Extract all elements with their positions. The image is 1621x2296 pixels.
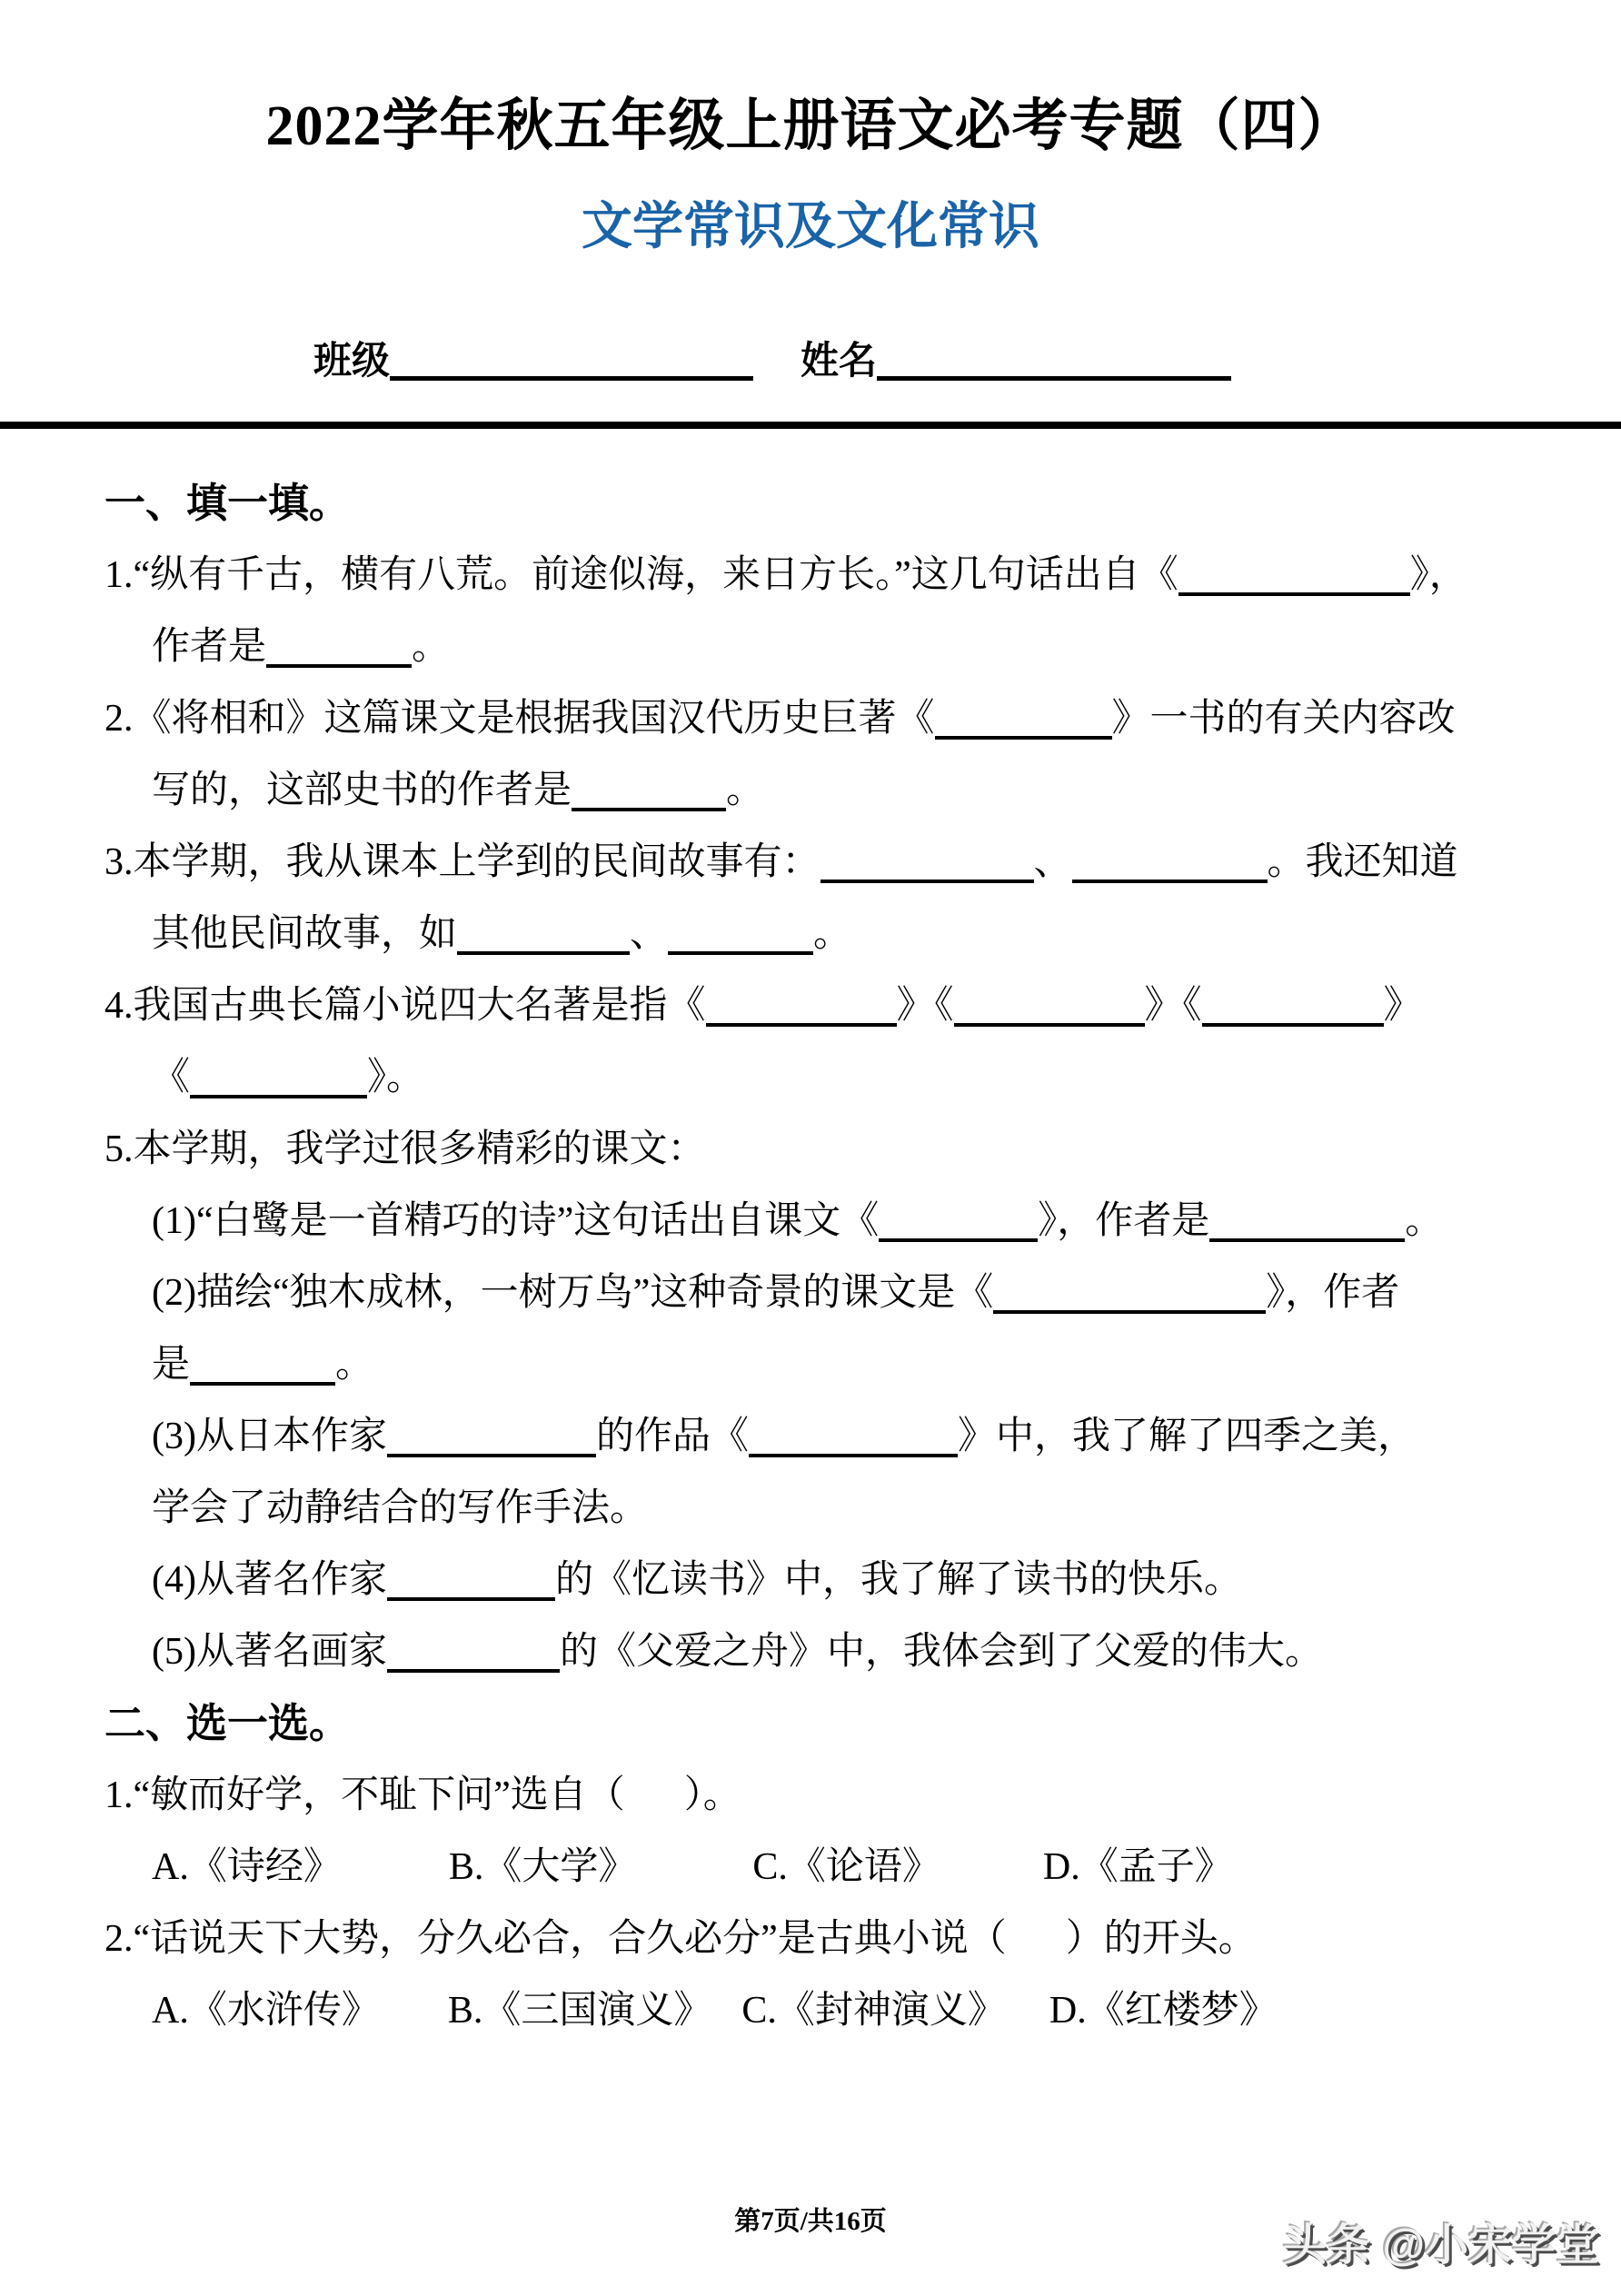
- question-line: 《》。: [0, 1042, 1621, 1114]
- text-run: 是: [152, 1344, 190, 1386]
- text-run: 。我还知道: [1268, 841, 1458, 883]
- divider-rule: [0, 422, 1621, 429]
- text-run: 的《忆读书》中，我了解了读书的快乐。: [555, 1559, 1242, 1601]
- answer-blank: [266, 622, 412, 668]
- question-line: (4)从著名作家的《忆读书》中，我了解了读书的快乐。: [0, 1545, 1621, 1616]
- answer-blank: [879, 1197, 1038, 1242]
- text-run: ）的开头。: [1066, 1918, 1257, 1960]
- worksheet-page: 2022学年秋五年级上册语文必考专题（四） 文学常识及文化常识 班级姓名 一、填…: [0, 0, 1621, 2296]
- question-line: (2)描绘“独木成林，一树万鸟”这种奇景的课文是《》，作者: [0, 1257, 1621, 1329]
- text-run: 一、填一填。: [104, 481, 350, 526]
- text-run: 》《: [1145, 985, 1202, 1027]
- name-label: 姓名: [801, 339, 877, 382]
- question-line: 5.本学期，我学过很多精彩的课文：: [0, 1114, 1621, 1186]
- text-run: 其他民间故事，如: [152, 913, 457, 955]
- answer-blank: [820, 838, 1034, 883]
- answer-blank: [1178, 551, 1410, 596]
- text-run: 写的，这部史书的作者是: [152, 770, 572, 811]
- class-label: 班级: [313, 339, 390, 382]
- text-run: 》，作者: [1266, 1272, 1399, 1314]
- watermark: 头条 @小宋学堂: [1283, 2210, 1599, 2272]
- question-line: (1)“白鹭是一首精巧的诗”这句话出自课文《》，作者是。: [0, 1186, 1621, 1257]
- page-subtitle: 文学常识及文化常识: [0, 198, 1621, 256]
- text-run: 。: [726, 770, 764, 811]
- text-run: 2.“话说天下大势，分久必合，合久必分”是古典小说（: [104, 1918, 1007, 1960]
- page-title: 2022学年秋五年级上册语文必考专题（四）: [0, 94, 1621, 159]
- text-run: (5)从著名画家: [152, 1631, 387, 1673]
- class-blank: [390, 340, 753, 381]
- answer-blank: [457, 909, 630, 955]
- answer-blank: [1209, 1197, 1405, 1242]
- text-run: C.《论语》: [752, 1846, 940, 1888]
- text-run: 1.“敏而好学，不耻下问”选自（: [104, 1774, 625, 1816]
- question-line: (5)从著名画家的《父爱之舟》中，我体会到了父爱的伟大。: [0, 1616, 1621, 1688]
- question-line: 是。: [0, 1329, 1621, 1401]
- answer-blank: [1202, 981, 1384, 1027]
- question-line: 3.本学期，我从课本上学到的民间故事有：、。我还知道: [0, 827, 1621, 899]
- text-run: B.《大学》: [449, 1846, 637, 1888]
- section-heading: 一、填一填。: [0, 468, 1621, 540]
- spacer: [711, 2021, 741, 2023]
- text-run: 的作品《: [596, 1416, 749, 1457]
- text-run: 》: [1384, 985, 1422, 1027]
- text-run: 、: [1034, 841, 1072, 883]
- text-run: 。: [1405, 1200, 1443, 1242]
- question-line: 1.“敏而好学，不耻下问”选自（）。: [0, 1760, 1621, 1832]
- answer-blank: [954, 981, 1145, 1027]
- text-run: A.《水浒传》: [152, 1990, 380, 2032]
- text-run: (3)从日本作家: [152, 1416, 387, 1457]
- text-run: B.《三国演义》: [448, 1990, 712, 2032]
- text-run: D.《红楼梦》: [1049, 1990, 1278, 2032]
- question-line: 学会了动静结合的写作手法。: [0, 1473, 1621, 1545]
- text-run: 。: [813, 913, 851, 955]
- text-run: (1)“白鹭是一首精巧的诗”这句话出自课文《: [152, 1200, 879, 1242]
- text-run: 》中，我了解了四季之美，: [958, 1416, 1416, 1457]
- answer-blank: [935, 694, 1112, 740]
- answer-blank: [1072, 838, 1268, 883]
- text-run: 。: [412, 626, 450, 668]
- question-line: (3)从日本作家的作品《》中，我了解了四季之美，: [0, 1401, 1621, 1473]
- answer-blank: [387, 1556, 555, 1601]
- worksheet-body: 一、填一填。1.“纵有千古，横有八荒。前途似海，来日方长。”这几句话出自《》，作…: [0, 468, 1621, 2047]
- text-run: 1.“纵有千古，横有八荒。前途似海，来日方长。”这几句话出自《: [104, 554, 1178, 596]
- question-line: A.《诗经》B.《大学》C.《论语》D.《孟子》: [0, 1832, 1621, 1903]
- text-run: 。: [335, 1344, 373, 1386]
- answer-blank: [749, 1412, 958, 1457]
- text-run: 、: [630, 913, 668, 955]
- text-run: 的《父爱之舟》中，我体会到了父爱的伟大。: [560, 1631, 1323, 1673]
- question-line: A.《水浒传》B.《三国演义》C.《封神演义》D.《红楼梦》: [0, 1975, 1621, 2047]
- question-line: 4.我国古典长篇小说四大名著是指《》《》《》: [0, 970, 1621, 1042]
- spacer: [342, 1877, 449, 1879]
- question-line: 作者是。: [0, 611, 1621, 683]
- text-run: 作者是: [152, 626, 266, 668]
- text-run: 》。: [367, 1057, 424, 1098]
- name-blank: [877, 340, 1231, 381]
- spacer: [1006, 2021, 1049, 2023]
- spacer: [625, 1805, 684, 1807]
- answer-blank: [190, 1053, 367, 1098]
- text-run: 5.本学期，我学过很多精彩的课文：: [104, 1128, 706, 1170]
- text-run: 》《: [897, 985, 954, 1027]
- answer-blank: [706, 981, 897, 1027]
- text-run: ）。: [684, 1774, 741, 1816]
- text-run: 2.《将相和》这篇课文是根据我国汉代历史巨著《: [104, 698, 935, 740]
- section-heading: 二、选一选。: [0, 1688, 1621, 1760]
- question-line: 1.“纵有千古，横有八荒。前途似海，来日方长。”这几句话出自《》，: [0, 540, 1621, 611]
- answer-blank: [190, 1340, 335, 1386]
- spacer: [636, 1877, 752, 1879]
- answer-blank: [387, 1412, 596, 1457]
- spacer: [940, 1877, 1043, 1879]
- question-line: 写的，这部史书的作者是。: [0, 755, 1621, 827]
- text-run: 二、选一选。: [104, 1701, 350, 1746]
- question-line: 2.“话说天下大势，分久必合，合久必分”是古典小说（）的开头。: [0, 1903, 1621, 1975]
- text-run: A.《诗经》: [152, 1846, 342, 1888]
- answer-blank: [387, 1627, 560, 1673]
- text-run: 》，作者是: [1038, 1200, 1209, 1242]
- spacer: [1007, 1949, 1066, 1951]
- spacer: [380, 2021, 448, 2023]
- answer-blank: [572, 766, 726, 811]
- question-line: 其他民间故事，如、。: [0, 899, 1621, 970]
- answer-blank: [993, 1268, 1266, 1314]
- text-run: 4.我国古典长篇小说四大名著是指《: [104, 985, 706, 1027]
- text-run: C.《封神演义》: [741, 1990, 1006, 2032]
- question-line: 2.《将相和》这篇课文是根据我国汉代历史巨著《》一书的有关内容改: [0, 683, 1621, 755]
- answer-blank: [668, 909, 813, 955]
- text-run: 《: [152, 1057, 190, 1098]
- text-run: D.《孟子》: [1043, 1846, 1233, 1888]
- text-run: 》，: [1410, 554, 1467, 596]
- class-name-row: 班级姓名: [313, 338, 1231, 383]
- text-run: 》一书的有关内容改: [1112, 698, 1456, 740]
- text-run: (2)描绘“独木成林，一树万鸟”这种奇景的课文是《: [152, 1272, 993, 1314]
- text-run: 学会了动静结合的写作手法。: [152, 1487, 648, 1529]
- text-run: (4)从著名作家: [152, 1559, 387, 1601]
- text-run: 3.本学期，我从课本上学到的民间故事有：: [104, 841, 820, 883]
